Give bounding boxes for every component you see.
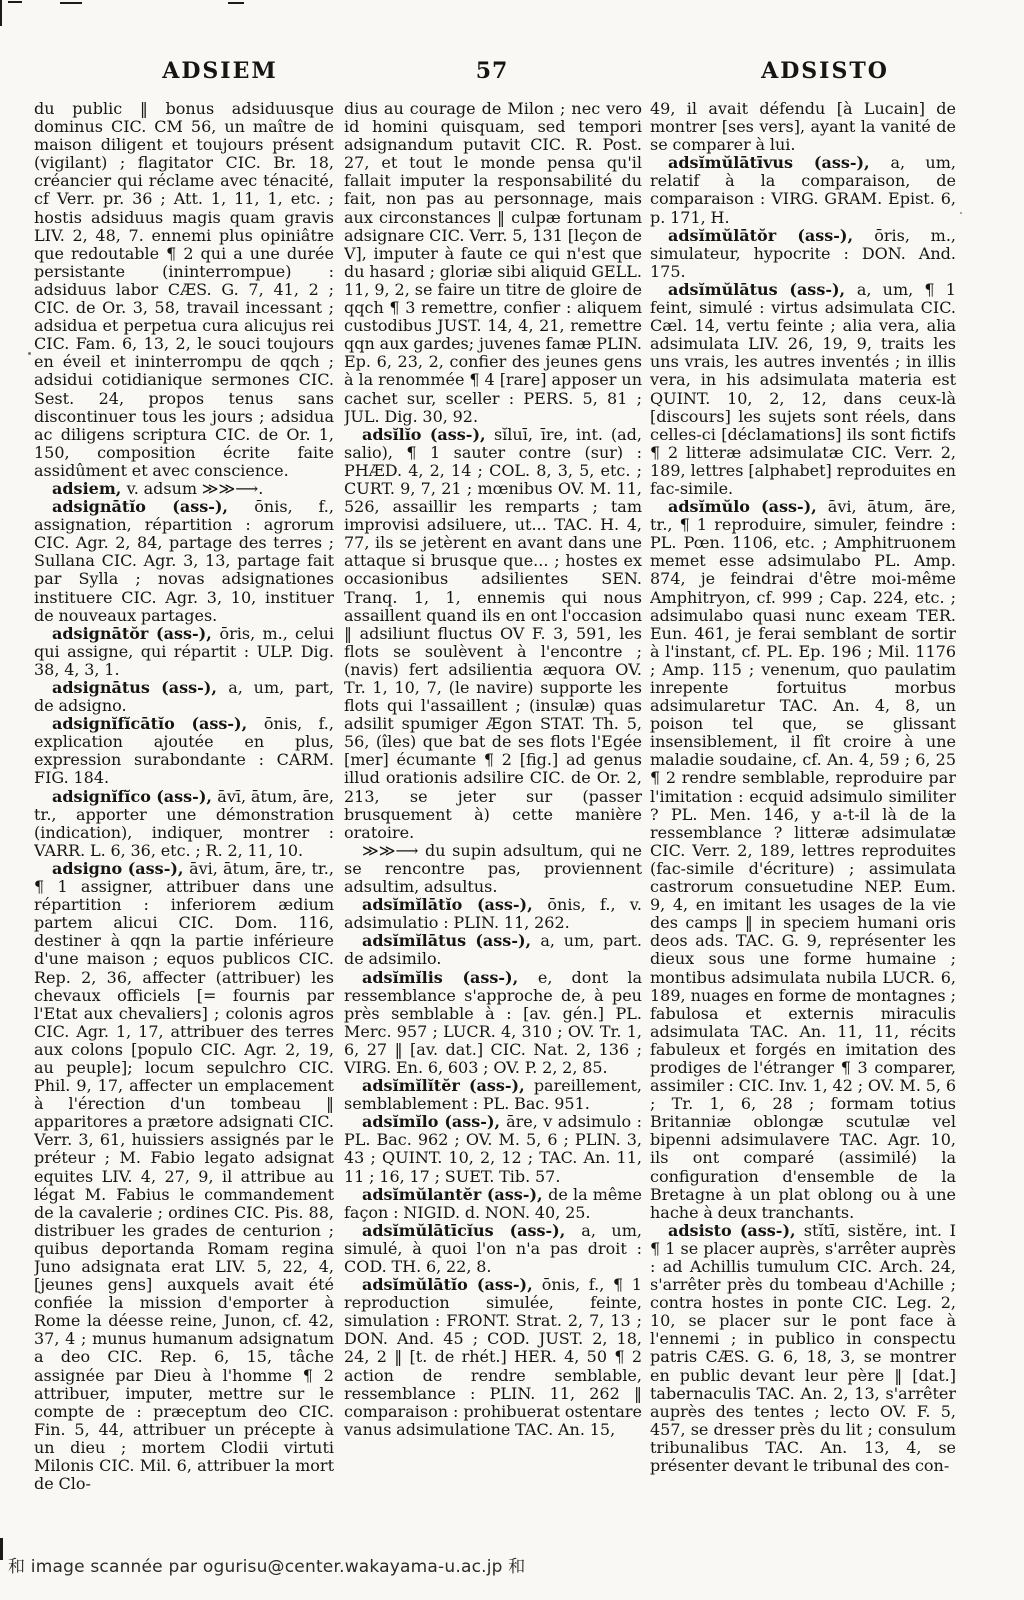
continuation-paragraph: 49, il avait défendu [à Lucain] de montr… — [650, 100, 956, 154]
dictionary-entry: adsignātus (ass-), a, um, part, de adsig… — [34, 679, 334, 715]
entry-headword: adsisto (ass-), — [668, 1221, 804, 1240]
dictionary-entry: adsĭmŭlantĕr (ass-), de la même façon : … — [344, 1186, 642, 1222]
continuation-paragraph: dius au courage de Milon ; nec vero id h… — [344, 100, 642, 426]
running-head-right-word: ADSISTO — [730, 58, 920, 84]
text-column-3: 49, il avait défendu [à Lucain] de montr… — [650, 100, 956, 1552]
dictionary-entry: adsĭmŭlātŏr (ass-), ōris, m., simulateur… — [650, 227, 956, 281]
text-column-1: du public ‖ bonus adsiduusque dominus CI… — [34, 100, 334, 1552]
page-number: 57 — [452, 58, 532, 84]
entry-headword: adsĭmŭlātīvus (ass-), — [668, 153, 890, 172]
entry-headword: adsignātŏr (ass-), — [52, 624, 220, 643]
dictionary-entry: adsĭmĭlis (ass-), e, dont la ressemblanc… — [344, 969, 642, 1078]
dictionary-entry: adsĭmĭlo (ass-), āre, v adsimulo : PL. B… — [344, 1113, 642, 1185]
dictionary-entry: adsignĭfĭco (ass-), āvī, ātum, āre, tr.,… — [34, 788, 334, 860]
running-head: ADSIEM 57 ADSISTO — [0, 58, 1024, 88]
entry-headword: adsĭmĭlis (ass-), — [362, 968, 538, 987]
entry-headword: adsiem, — [52, 479, 127, 498]
dictionary-entry: adsĭlĭo (ass-), sĭluī, īre, int. (ad, sa… — [344, 426, 642, 842]
entry-headword: adsĭmŭlantĕr (ass-), — [362, 1185, 548, 1204]
scan-artifact-speck — [960, 212, 962, 214]
entry-headword: adsĭmŭlātīcĭus (ass-), — [362, 1221, 581, 1240]
entry-headword: adsĭmŭlātĭo (ass-), — [362, 1275, 542, 1294]
entry-headword: adsĭmŭlātus (ass-), — [668, 280, 857, 299]
entry-headword: adsignĭfĭcātĭo (ass-), — [52, 714, 264, 733]
dictionary-entry: adsĭmŭlo (ass-), āvi, ātum, āre, tr., ¶ … — [650, 498, 956, 1222]
scanned-dictionary-page: ADSIEM 57 ADSISTO du public ‖ bonus adsi… — [0, 0, 1024, 1600]
entry-headword: adsĭmĭlātĭo (ass-), — [362, 895, 547, 914]
entry-headword: adsigno (ass-), — [52, 859, 189, 878]
dictionary-entry: adsĭmĭlātus (ass-), a, um, part. de adsi… — [344, 932, 642, 968]
dictionary-entry: adsisto (ass-), stĭtī, sistĕre, int. I ¶… — [650, 1222, 956, 1475]
scan-artifact-speck — [28, 352, 31, 355]
scan-artifact-top-dash — [60, 2, 82, 4]
scan-artifact-right-edge — [1019, 90, 1020, 1540]
scan-artifact-top-dash — [8, 1, 22, 3]
entry-headword: adsĭlĭo (ass-), — [362, 425, 494, 444]
continuation-paragraph: ≫≫⟶ du supin adsultum, qui ne se rencont… — [344, 842, 642, 896]
dictionary-entry: adsĭmŭlātīvus (ass-), a, um, relatif à l… — [650, 154, 956, 226]
dictionary-entry: adsĭmĭlĭtĕr (ass-), pareillement, sembla… — [344, 1077, 642, 1113]
entry-headword: adsĭmŭlātŏr (ass-), — [668, 226, 874, 245]
dictionary-entry: adsĭmĭlātĭo (ass-), ōnis, f., v. adsimul… — [344, 896, 642, 932]
scan-artifact-left-bottom — [0, 1538, 3, 1560]
dictionary-entry: adsĭmŭlātīcĭus (ass-), a, um, simulé, à … — [344, 1222, 642, 1276]
dictionary-entry: adsignātĭo (ass-), ōnis, f., assignation… — [34, 498, 334, 625]
text-column-2: dius au courage de Milon ; nec vero id h… — [344, 100, 642, 1552]
entry-headword: adsĭmĭlo (ass-), — [362, 1112, 506, 1131]
dictionary-entry: adsignātŏr (ass-), ōris, m., celui qui a… — [34, 625, 334, 679]
entry-headword: adsignātus (ass-), — [52, 678, 228, 697]
entry-headword: adsĭmŭlo (ass-), — [668, 497, 828, 516]
entry-headword: adsignātĭo (ass-), — [52, 497, 254, 516]
dictionary-entry: adsignĭfĭcātĭo (ass-), ōnis, f., explica… — [34, 715, 334, 787]
scan-artifact-top-dash — [228, 2, 244, 4]
dictionary-entry: adsigno (ass-), āvi, ātum, āre, tr., ¶ 1… — [34, 860, 334, 1493]
scan-artifact-left-edge — [0, 0, 2, 26]
entry-headword: adsĭmĭlātus (ass-), — [362, 931, 540, 950]
continuation-paragraph: du public ‖ bonus adsiduusque dominus CI… — [34, 100, 334, 480]
scanner-credit-line: 和 image scannée par ogurisu@center.wakay… — [8, 1552, 1008, 1577]
dictionary-entry: adsiem, v. adsum ≫≫⟶. — [34, 480, 334, 498]
entry-headword: adsĭmĭlĭtĕr (ass-), — [362, 1076, 534, 1095]
dictionary-entry: adsĭmŭlātus (ass-), a, um, ¶ 1 feint, si… — [650, 281, 956, 498]
entry-headword: adsignĭfĭco (ass-), — [52, 787, 217, 806]
dictionary-entry: adsĭmŭlātĭo (ass-), ōnis, f., ¶ 1 reprod… — [344, 1276, 642, 1439]
running-head-left-word: ADSIEM — [130, 58, 310, 84]
